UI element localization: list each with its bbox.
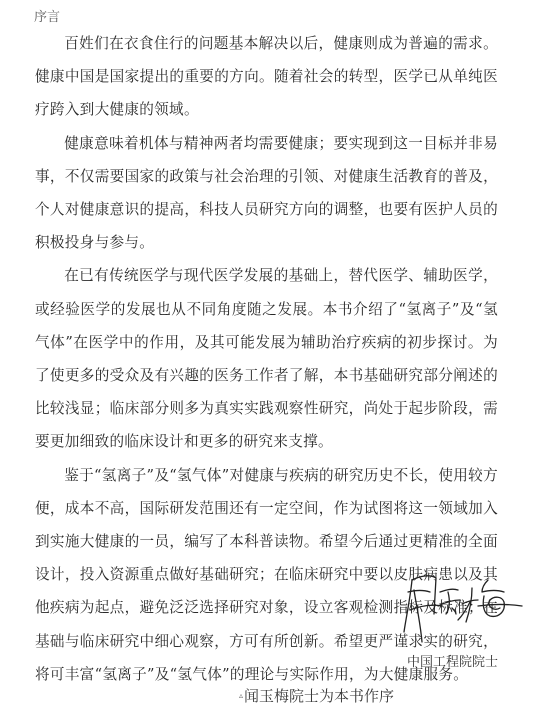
- paragraph-1: 百姓们在衣食住行的问题基本解决以后，健康则成为普遍的需求。健康中国是国家提出的重…: [35, 27, 498, 127]
- paragraph-2: 健康意味着机体与精神两者均需要健康；要实现到这一目标并非易事，不仅需要国家的政策…: [35, 127, 498, 260]
- caption-text: 闻玉梅院士为本书作序: [244, 687, 394, 705]
- author-affiliation: 中国工程院院士: [407, 651, 498, 670]
- image-caption: ▵闻玉梅院士为本书作序: [239, 685, 394, 706]
- paragraph-3: 在已有传统医学与现代医学发展的基础上，替代医学、辅助医学，或经验医学的发展也从不…: [35, 259, 498, 458]
- handwritten-signature-icon: [400, 570, 525, 650]
- triangle-marker-icon: ▵: [239, 691, 243, 700]
- scanned-preface-page: 序言 百姓们在衣食住行的问题基本解决以后，健康则成为普遍的需求。健康中国是国家提…: [0, 0, 541, 680]
- preface-heading: 序言: [34, 6, 60, 25]
